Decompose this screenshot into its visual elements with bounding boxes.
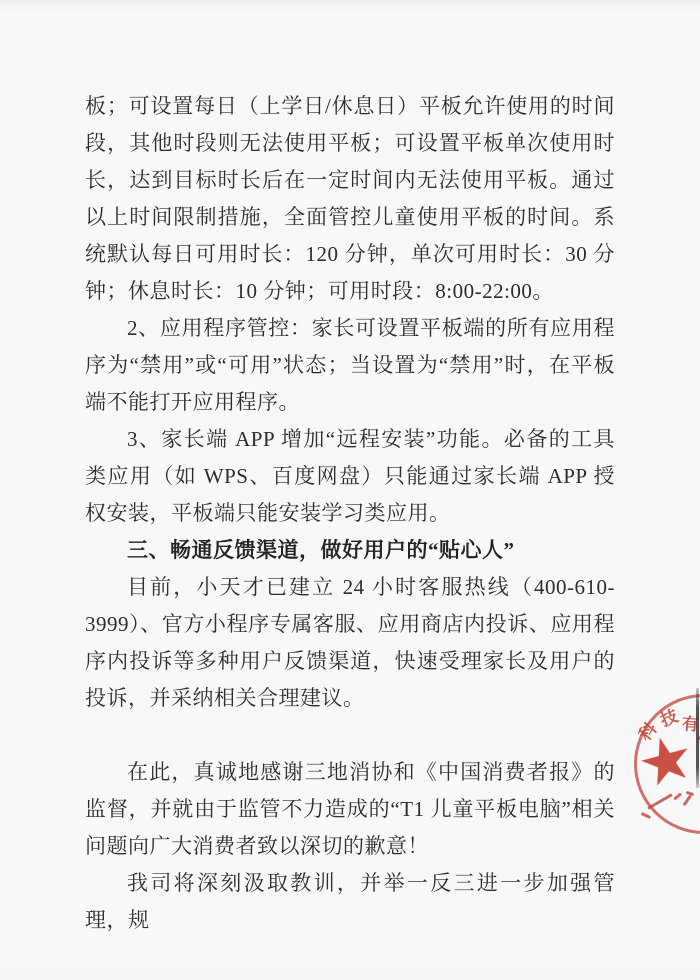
document-page: 板；可设置每日（上学日/休息日）平板允许使用的时间段，其他时段则无法使用平板；可…	[0, 0, 700, 980]
seal-partial-stroke	[673, 792, 682, 800]
seal-arc-char: 技	[656, 702, 681, 732]
seal-circle	[634, 694, 700, 834]
seal-star-icon: ★	[627, 722, 700, 800]
paragraph-app-control: 2、应用程序管控：家长可设置平板端的所有应用程序为“禁用”或“可用”状态；当设置…	[85, 310, 615, 421]
paragraph-apology: 在此，真诚地感谢三地消协和《中国消费者报》的监督，并就由于监管不力造成的“T1 …	[85, 754, 615, 865]
seal-arc-char: 科	[631, 716, 661, 745]
section-heading: 三、畅通反馈渠道，做好用户的“贴心人”	[85, 532, 615, 569]
paragraph-remote-install: 3、家长端 APP 增加“远程安装”功能。必备的工具类应用（如 WPS、百度网盘…	[85, 421, 615, 532]
scan-artifact-line	[696, 688, 699, 788]
paragraph-closing: 我司将深刻汲取教训，并举一反三进一步加强管理，规	[85, 865, 615, 939]
document-content: 板；可设置每日（上学日/休息日）平板允许使用的时间段，其他时段则无法使用平板；可…	[85, 88, 615, 939]
seal-partial-stroke	[641, 812, 651, 818]
seal-partial-stroke	[647, 793, 673, 810]
paragraph-continuation: 板；可设置每日（上学日/休息日）平板允许使用的时间段，其他时段则无法使用平板；可…	[85, 88, 615, 310]
seal-partial-stroke	[686, 791, 694, 796]
seal-partial-stroke	[683, 795, 692, 806]
paragraph-feedback-channels: 目前，小天才已建立 24 小时客服热线（400-610-3999）、官方小程序专…	[85, 569, 615, 717]
